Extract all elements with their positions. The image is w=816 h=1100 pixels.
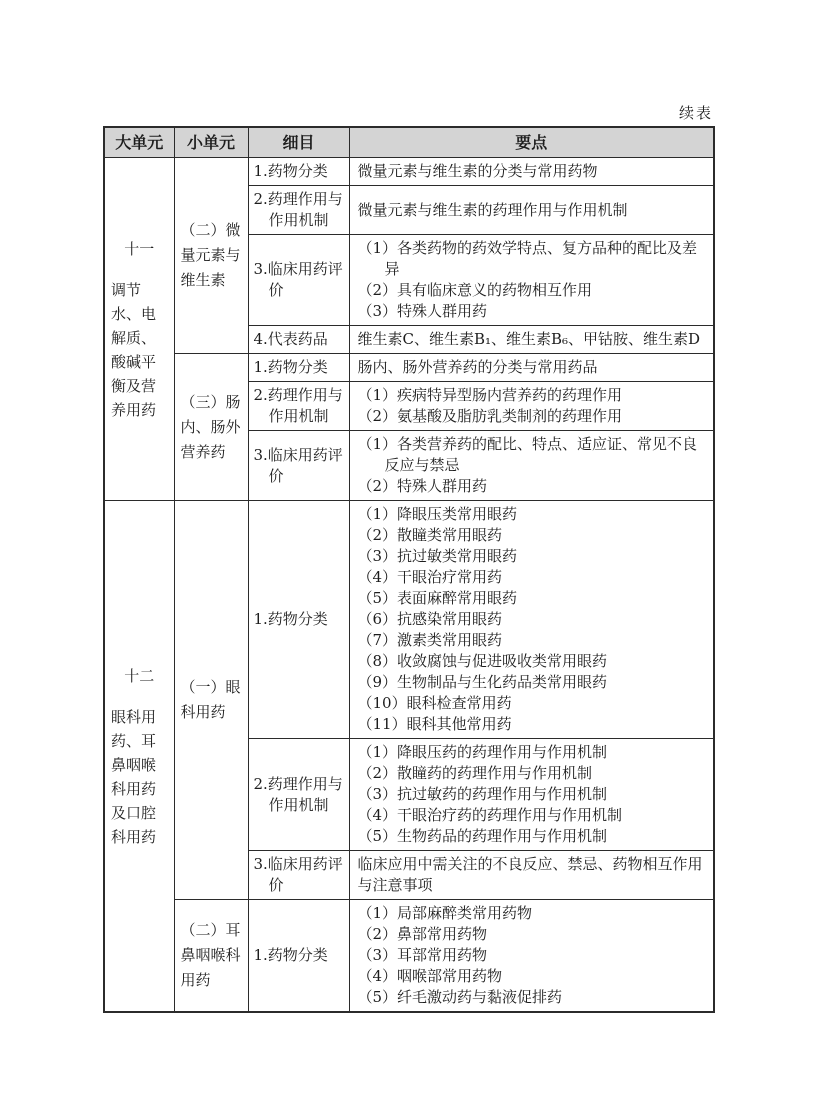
key-point-line: 肠内、肠外营养药的分类与常用药品 [358,357,706,378]
key-point-line: 微量元素与维生素的分类与常用药物 [358,161,706,182]
key-points-cell: 维生素C、维生素B₁、维生素B₆、甲钴胺、维生素D [349,326,714,354]
syllabus-table: 大单元 小单元 细目 要点 十一调节水、电解质、酸碱平衡及营养用药（二）微量元素… [103,126,715,1013]
detail-label: 4.代表药品 [254,329,344,350]
column-header-minor-unit: 小单元 [174,127,248,158]
key-point-line: （1）各类药物的药效学特点、复方品种的配比及差异 [358,238,706,280]
key-point-line: （2）特殊人群用药 [358,476,706,497]
key-point-line: （5）表面麻醉常用眼药 [358,588,706,609]
column-header-key-points: 要点 [349,127,714,158]
column-header-major-unit: 大单元 [104,127,174,158]
detail-cell: 3.临床用药评价 [248,235,349,326]
detail-label: 3.临床用药评价 [254,259,344,301]
key-point-line: （2）散瞳类常用眼药 [358,525,706,546]
minor-unit-cell: （三）肠内、肠外营养药 [174,354,248,501]
key-point-line: （5）纤毛激动药与黏液促排药 [358,987,706,1008]
key-point-line: （1）降眼压药的药理作用与作用机制 [358,742,706,763]
header-row: 大单元 小单元 细目 要点 [104,127,714,158]
key-point-line: （10）眼科检查常用药 [358,693,706,714]
detail-label: 3.临床用药评价 [254,854,344,896]
major-unit-title: 调节水、电解质、酸碱平衡及营养用药 [111,278,168,422]
key-point-line: （3）耳部常用药物 [358,945,706,966]
key-point-line: （4）干眼治疗常用药 [358,567,706,588]
key-point-line: （2）具有临床意义的药物相互作用 [358,280,706,301]
key-point-line: （9）生物制品与生化药品类常用眼药 [358,672,706,693]
column-header-detail: 细目 [248,127,349,158]
major-unit-cell: 十一调节水、电解质、酸碱平衡及营养用药 [104,158,174,501]
major-unit-cell: 十二眼科用药、耳鼻咽喉科用药及口腔科用药 [104,501,174,1013]
detail-cell: 2.药理作用与作用机制 [248,186,349,235]
detail-label: 1.药物分类 [254,945,344,966]
key-point-line: （3）抗过敏药的药理作用与作用机制 [358,784,706,805]
detail-cell: 1.药物分类 [248,501,349,739]
detail-cell: 3.临床用药评价 [248,431,349,501]
key-points-cell: 临床应用中需关注的不良反应、禁忌、药物相互作用与注意事项 [349,851,714,900]
table-row: 十一调节水、电解质、酸碱平衡及营养用药（二）微量元素与维生素1.药物分类微量元素… [104,158,714,186]
key-point-line: （2）鼻部常用药物 [358,924,706,945]
key-points-cell: （1）局部麻醉类常用药物（2）鼻部常用药物（3）耳部常用药物（4）咽喉部常用药物… [349,900,714,1013]
detail-cell: 2.药理作用与作用机制 [248,739,349,851]
key-point-line: （1）疾病特异型肠内营养药的药理作用 [358,385,706,406]
detail-label: 1.药物分类 [254,161,344,182]
detail-label: 3.临床用药评价 [254,445,344,487]
detail-cell: 3.临床用药评价 [248,851,349,900]
key-point-line: 维生素C、维生素B₁、维生素B₆、甲钴胺、维生素D [358,329,706,350]
document-page: 续表 大单元 小单元 细目 要点 十一调节水、电解质、酸碱平衡及营养用药（二）微… [0,0,816,1100]
detail-label: 2.药理作用与作用机制 [254,774,344,816]
table-body: 十一调节水、电解质、酸碱平衡及营养用药（二）微量元素与维生素1.药物分类微量元素… [104,158,714,1013]
key-point-line: （4）咽喉部常用药物 [358,966,706,987]
detail-cell: 1.药物分类 [248,158,349,186]
minor-unit-name: （一）眼科用药 [181,675,242,725]
minor-unit-name: （二）微量元素与维生素 [181,218,242,293]
key-point-line: （3）特殊人群用药 [358,301,706,322]
key-points-cell: （1）各类药物的药效学特点、复方品种的配比及差异（2）具有临床意义的药物相互作用… [349,235,714,326]
key-point-line: （2）氨基酸及脂肪乳类制剂的药理作用 [358,406,706,427]
key-point-line: （1）降眼压类常用眼药 [358,504,706,525]
detail-label: 2.药理作用与作用机制 [254,385,344,427]
minor-unit-name: （三）肠内、肠外营养药 [181,390,242,465]
key-points-cell: （1）降眼压类常用眼药（2）散瞳类常用眼药（3）抗过敏类常用眼药（4）干眼治疗常… [349,501,714,739]
key-point-line: （6）抗感染常用眼药 [358,609,706,630]
key-points-cell: （1）降眼压药的药理作用与作用机制（2）散瞳药的药理作用与作用机制（3）抗过敏药… [349,739,714,851]
table-row: （二）耳鼻咽喉科用药1.药物分类（1）局部麻醉类常用药物（2）鼻部常用药物（3）… [104,900,714,1013]
table-row: （三）肠内、肠外营养药1.药物分类肠内、肠外营养药的分类与常用药品 [104,354,714,382]
key-point-line: （1）各类营养药的配比、特点、适应证、常见不良反应与禁忌 [358,434,706,476]
key-points-cell: （1）各类营养药的配比、特点、适应证、常见不良反应与禁忌（2）特殊人群用药 [349,431,714,501]
key-point-line: 微量元素与维生素的药理作用与作用机制 [358,200,706,221]
minor-unit-name: （二）耳鼻咽喉科用药 [181,918,242,993]
key-points-cell: 微量元素与维生素的分类与常用药物 [349,158,714,186]
detail-label: 2.药理作用与作用机制 [254,189,344,231]
major-unit-number: 十一 [111,237,168,261]
key-points-cell: 微量元素与维生素的药理作用与作用机制 [349,186,714,235]
major-unit-title: 眼科用药、耳鼻咽喉科用药及口腔科用药 [111,705,168,849]
detail-cell: 2.药理作用与作用机制 [248,382,349,431]
continued-table-label: 续表 [655,102,713,123]
key-point-line: （1）局部麻醉类常用药物 [358,903,706,924]
key-point-line: （2）散瞳药的药理作用与作用机制 [358,763,706,784]
key-point-line: （5）生物药品的药理作用与作用机制 [358,826,706,847]
detail-label: 1.药物分类 [254,609,344,630]
key-point-line: （3）抗过敏类常用眼药 [358,546,706,567]
minor-unit-cell: （二）耳鼻咽喉科用药 [174,900,248,1013]
major-unit-number: 十二 [111,664,168,688]
minor-unit-cell: （一）眼科用药 [174,501,248,900]
key-points-cell: （1）疾病特异型肠内营养药的药理作用（2）氨基酸及脂肪乳类制剂的药理作用 [349,382,714,431]
key-point-line: 临床应用中需关注的不良反应、禁忌、药物相互作用与注意事项 [358,854,706,896]
detail-cell: 1.药物分类 [248,900,349,1013]
key-point-line: （11）眼科其他常用药 [358,714,706,735]
key-point-line: （8）收敛腐蚀与促进吸收类常用眼药 [358,651,706,672]
minor-unit-cell: （二）微量元素与维生素 [174,158,248,354]
detail-cell: 4.代表药品 [248,326,349,354]
key-point-line: （4）干眼治疗药的药理作用与作用机制 [358,805,706,826]
detail-label: 1.药物分类 [254,357,344,378]
table-row: 十二眼科用药、耳鼻咽喉科用药及口腔科用药（一）眼科用药1.药物分类（1）降眼压类… [104,501,714,739]
detail-cell: 1.药物分类 [248,354,349,382]
key-point-line: （7）激素类常用眼药 [358,630,706,651]
key-points-cell: 肠内、肠外营养药的分类与常用药品 [349,354,714,382]
